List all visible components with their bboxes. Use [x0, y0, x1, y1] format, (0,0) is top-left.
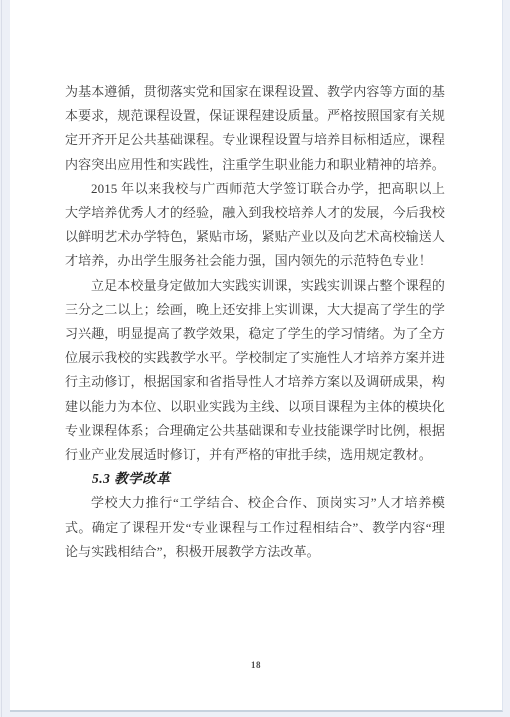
paragraph-curriculum-requirements: 为基本遵循，贯彻落实党和国家在课程设置、教学内容等方面的基本要求，规范课程设置，… [65, 80, 445, 177]
document-page: 为基本遵循，贯彻落实党和国家在课程设置、教学内容等方面的基本要求，规范课程设置，… [10, 0, 503, 712]
page-content: 为基本遵循，贯彻落实党和国家在课程设置、教学内容等方面的基本要求，规范课程设置，… [65, 80, 445, 564]
paragraph-joint-schooling: 2015 年以来我校与广西师范大学签订联合办学，把高职以上大学培养优秀人才的经验… [65, 177, 445, 274]
paragraph-practice-training: 立足本校量身定做加大实践实训课，实践实训课占整个课程的三分之二以上；绘画，晚上还… [65, 274, 445, 468]
section-heading-teaching-reform: 5.3 教学改革 [65, 467, 445, 491]
scan-canvas: 为基本遵循，贯彻落实党和国家在课程设置、教学内容等方面的基本要求，规范课程设置，… [0, 0, 510, 717]
scan-left-edge [1, 0, 2, 717]
page-number: 18 [10, 660, 502, 670]
paragraph-teaching-reform: 学校大力推行“工学结合、校企合作、顶岗实习”人才培养模式。确定了课程开发“专业课… [65, 491, 445, 564]
